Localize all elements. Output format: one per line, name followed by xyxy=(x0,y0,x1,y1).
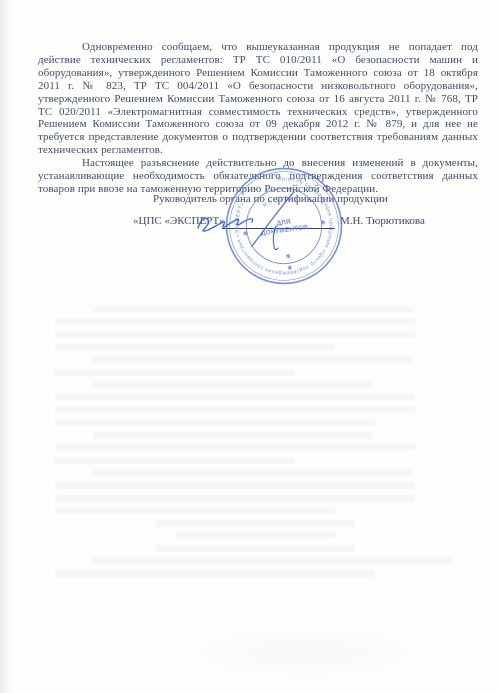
handwritten-signature xyxy=(190,188,325,260)
bleed-through-text xyxy=(55,300,455,583)
paragraph-technical-regulations: Одновременно сообщаем, что вышеуказанная… xyxy=(38,41,478,157)
signer-name: М.Н. Тюрютикова xyxy=(340,215,425,227)
scan-edge-shadow xyxy=(0,0,10,693)
bleed-through-stamp xyxy=(190,625,420,680)
stamp-star-bottom-outer-icon: ✱ xyxy=(287,264,293,272)
scanned-certificate-page: { "colors": { "ink": "#3e4c68", "stamp_b… xyxy=(0,0,500,693)
